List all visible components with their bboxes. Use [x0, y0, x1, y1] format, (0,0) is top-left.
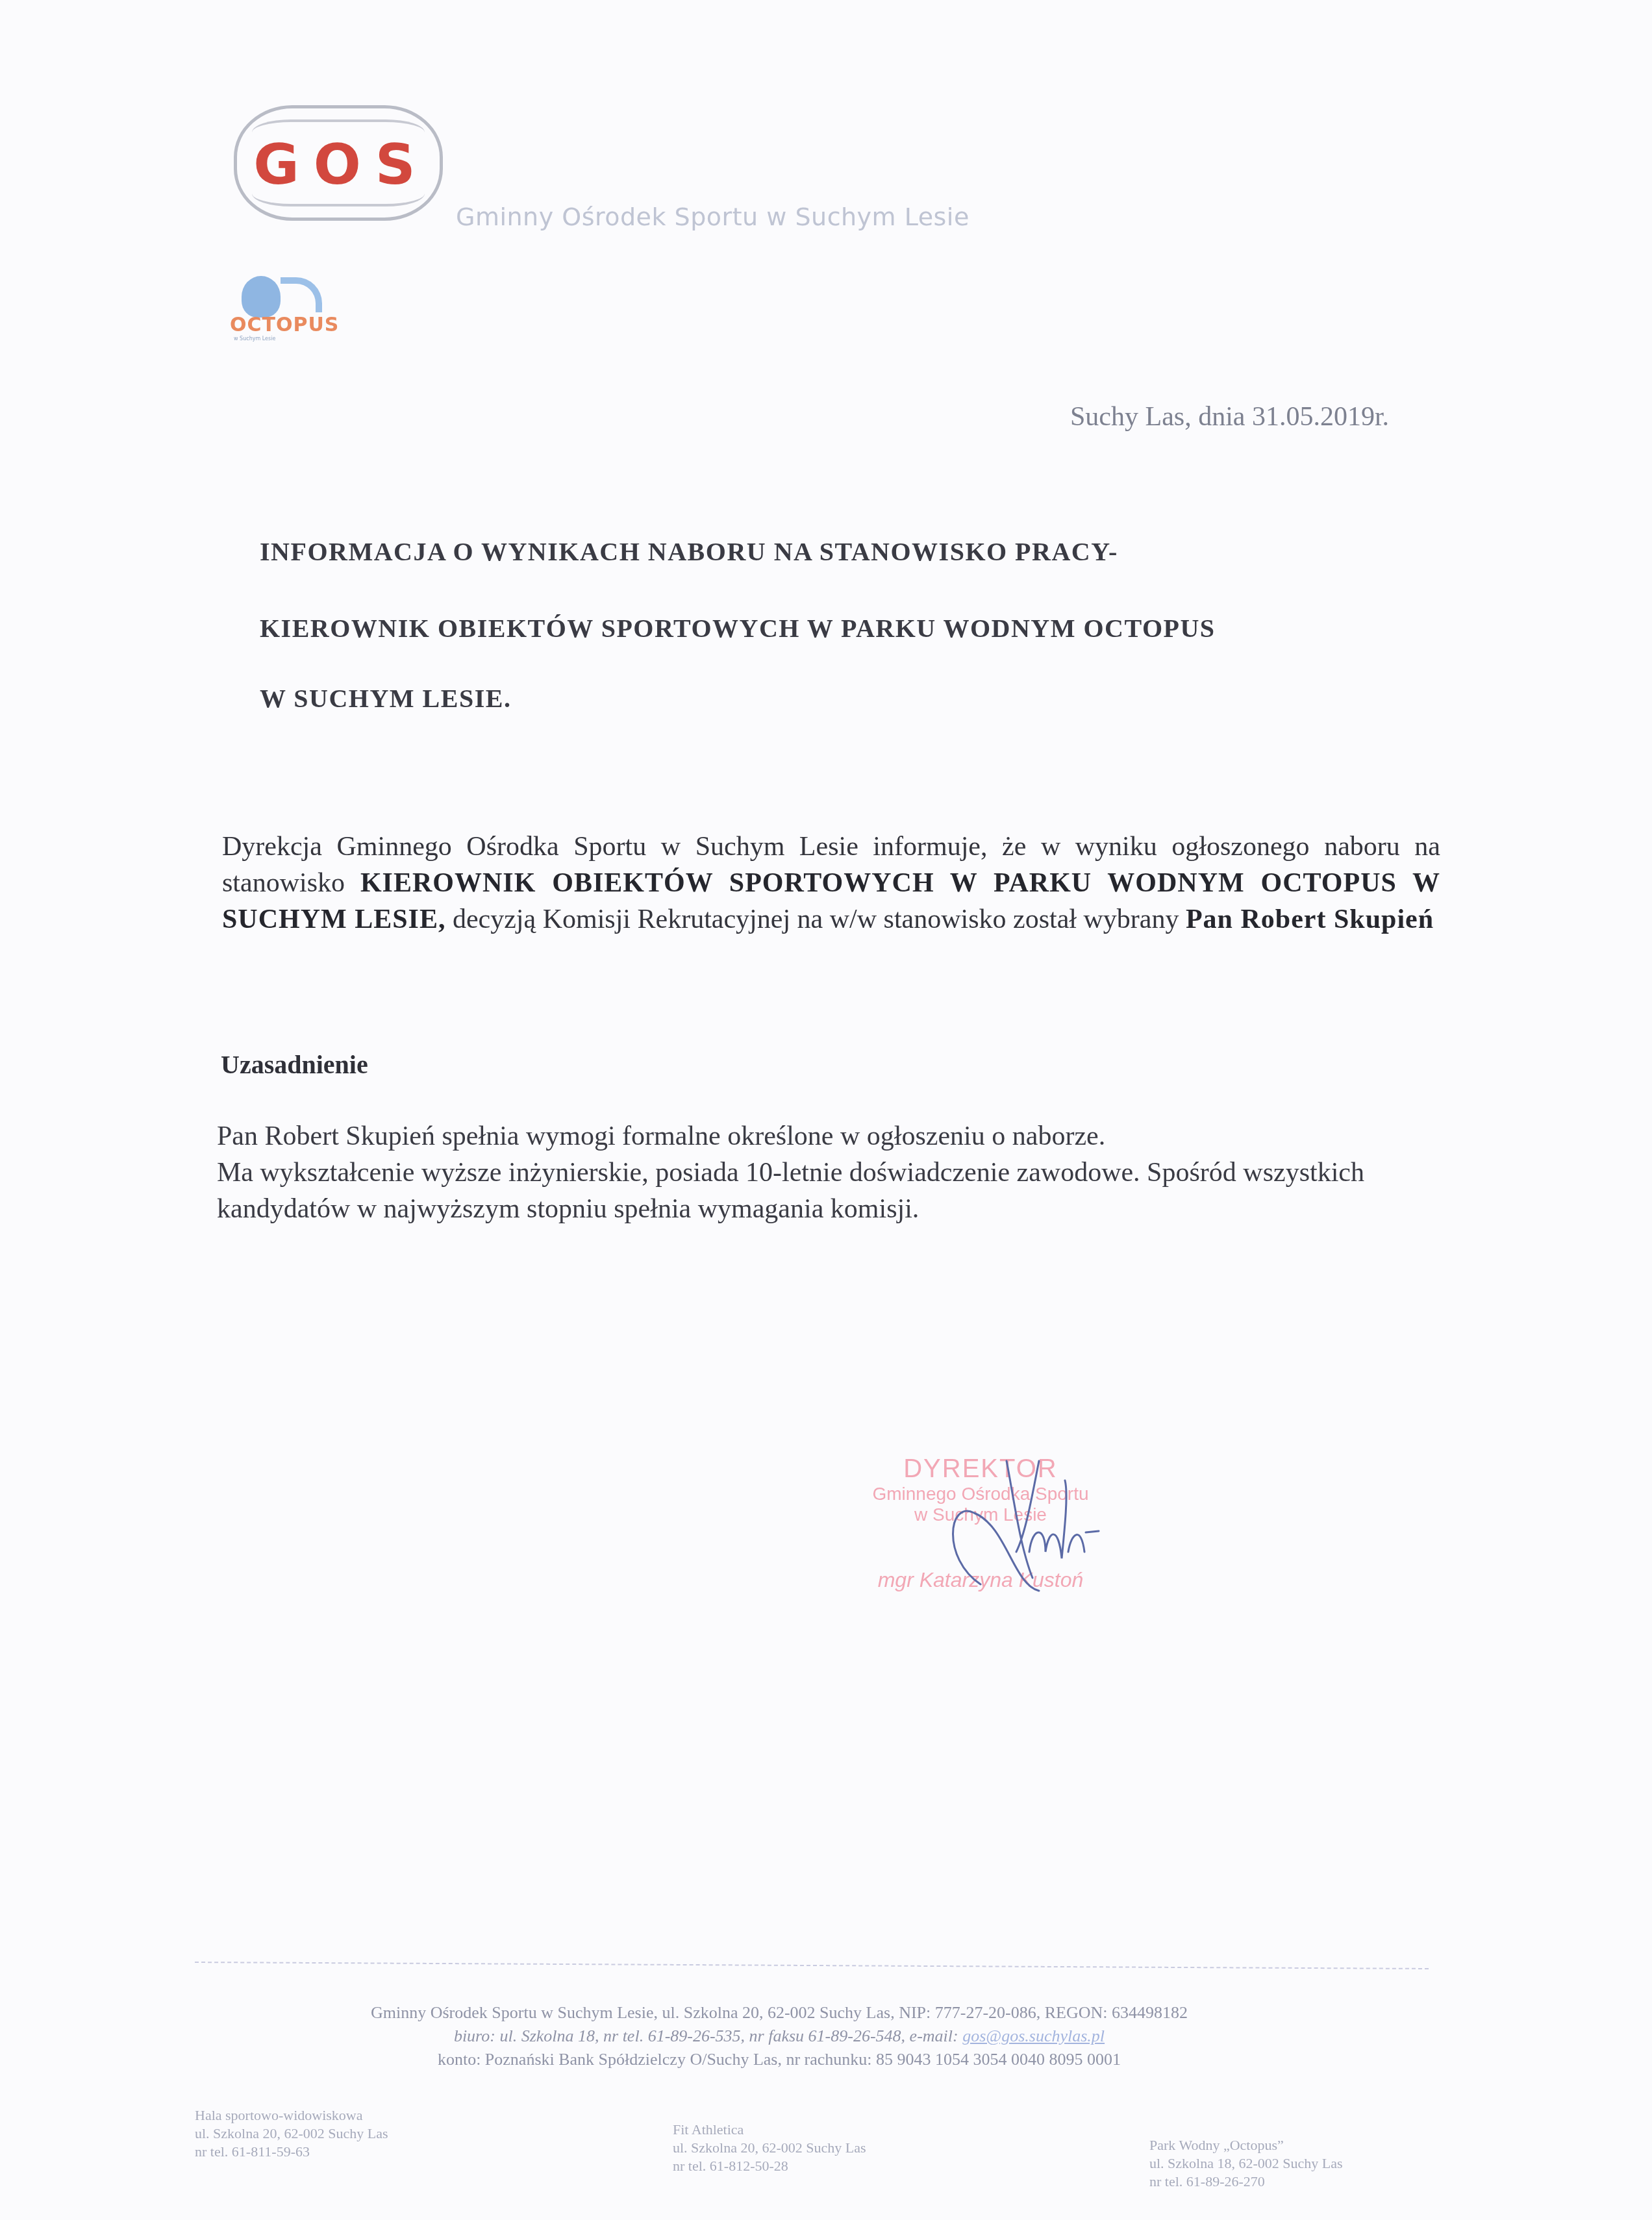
- octopus-icon: [242, 276, 281, 318]
- letter-page: GOS Gminny Ośrodek Sportu w Suchym Lesie…: [0, 0, 1652, 2220]
- justification-heading: Uzasadnienie: [221, 1049, 368, 1080]
- announcement-middle: decyzją Komisji Rekrutacyjnej na w/w sta…: [445, 904, 1186, 934]
- footer-address-line: Gminny Ośrodek Sportu w Suchym Lesie, ul…: [195, 2001, 1364, 2025]
- announcement-paragraph: Dyrekcja Gminnego Ośrodka Sportu w Suchy…: [222, 829, 1440, 938]
- document-title-line-3: W SUCHYM LESIE.: [260, 683, 1429, 714]
- selected-candidate: Pan Robert Skupień: [1186, 904, 1434, 934]
- location-phone: nr tel. 61-812-50-28: [673, 2157, 866, 2175]
- footer-office-text: biuro: ul. Szkolna 18, nr tel. 61-89-26-…: [454, 2027, 962, 2045]
- octopus-tentacle-icon: [281, 277, 322, 312]
- footer-bank-line: konto: Poznański Bank Spółdzielczy O/Suc…: [195, 2048, 1364, 2071]
- octopus-logo-subtext: w Suchym Lesie: [234, 336, 275, 342]
- octopus-logo-text: OCTOPUS: [230, 314, 339, 336]
- location-name: Hala sportowo-widowiskowa: [195, 2106, 388, 2125]
- location-address: ul. Szkolna 20, 62-002 Suchy Las: [195, 2125, 388, 2143]
- location-address: ul. Szkolna 18, 62-002 Suchy Las: [1149, 2154, 1343, 2173]
- justification-line-1: Pan Robert Skupień spełnia wymogi formal…: [217, 1118, 1438, 1154]
- document-title-line-1: INFORMACJA O WYNIKACH NABORU NA STANOWIS…: [260, 536, 1429, 567]
- location-name: Park Wodny „Octopus”: [1149, 2136, 1343, 2154]
- date-line: Suchy Las, dnia 31.05.2019r.: [1070, 401, 1389, 432]
- location-phone: nr tel. 61-811-59-63: [195, 2143, 388, 2161]
- footer-contact: Gminny Ośrodek Sportu w Suchym Lesie, ul…: [195, 2001, 1364, 2071]
- signature-icon: [935, 1454, 1117, 1597]
- footer-location-park-wodny: Park Wodny „Octopus” ul. Szkolna 18, 62-…: [1149, 2136, 1343, 2191]
- gos-logo: GOS: [234, 105, 443, 221]
- justification-line-2: Ma wykształcenie wyższe inżynierskie, po…: [217, 1154, 1438, 1227]
- location-name: Fit Athletica: [673, 2121, 866, 2139]
- footer-location-fit-athletica: Fit Athletica ul. Szkolna 20, 62-002 Suc…: [673, 2121, 866, 2175]
- footer-office-line: biuro: ul. Szkolna 18, nr tel. 61-89-26-…: [195, 2025, 1364, 2048]
- organization-name: Gminny Ośrodek Sportu w Suchym Lesie: [456, 203, 970, 231]
- justification-text: Pan Robert Skupień spełnia wymogi formal…: [217, 1118, 1438, 1227]
- footer-email-link[interactable]: gos@gos.suchylas.pl: [962, 2027, 1105, 2045]
- gos-logo-letters: GOS: [240, 132, 443, 197]
- document-title-line-2: KIEROWNIK OBIEKTÓW SPORTOWYCH W PARKU WO…: [260, 613, 1429, 643]
- footer-divider: [195, 1962, 1429, 1969]
- location-address: ul. Szkolna 20, 62-002 Suchy Las: [673, 2139, 866, 2157]
- location-phone: nr tel. 61-89-26-270: [1149, 2173, 1343, 2191]
- footer-location-hala: Hala sportowo-widowiskowa ul. Szkolna 20…: [195, 2106, 388, 2161]
- octopus-logo: OCTOPUS w Suchym Lesie: [229, 269, 345, 347]
